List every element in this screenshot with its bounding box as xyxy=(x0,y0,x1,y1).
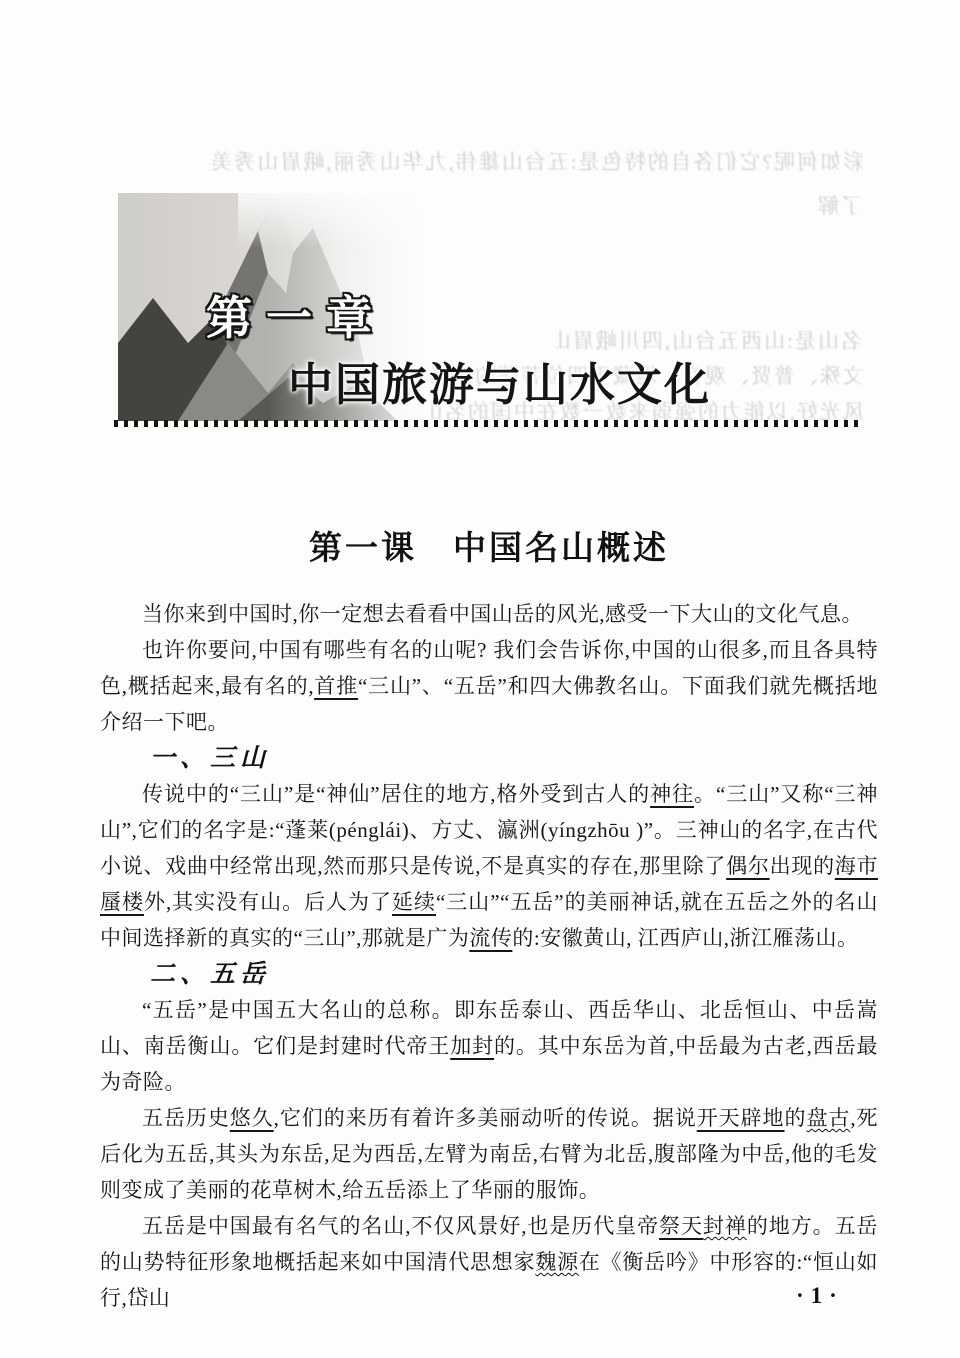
chapter-number: 第一章 xyxy=(206,282,386,348)
bleedthrough-text: 彩如何呢?它们各自的特色是:五台山雄伟,九华山秀丽,峨眉山秀美 xyxy=(128,146,864,176)
paragraph-wuyue-1: “五岳”是中国五大名山的总称。即东岳泰山、西岳华山、北岳恒山、中岳嵩山、南岳衡山… xyxy=(100,992,878,1100)
vocab-underlined: 延续 xyxy=(392,890,436,914)
text-run: 外,其实没有山。后人为了 xyxy=(144,890,392,914)
paragraph-sanshan: 传说中的“三山”是“神仙”居住的地方,格外受到古人的神往。“三山”又称“三神山”… xyxy=(100,776,878,956)
vocab-underlined: 祭天 xyxy=(659,1214,703,1238)
paragraph-intro-2: 也许你要问,中国有哪些有名的山呢? 我们会告诉你,中国的山很多,而且各具特色,概… xyxy=(100,632,878,740)
text-run: 当你来到中国时,你一定想去看看中国山岳的风光,感受一下大山的文化气息。 xyxy=(142,602,863,626)
paragraph-wuyue-2: 五岳历史悠久,它们的来历有着许多美丽动听的传说。据说开天辟地的盘古,死后化为五岳… xyxy=(100,1100,878,1208)
text-run: 五岳是中国最有名气的名山,不仅风景好,也是历代皇帝 xyxy=(142,1214,659,1238)
book-page: 彩如何呢?它们各自的特色是:五台山雄伟,九华山秀丽,峨眉山秀美 了解 名山是:山… xyxy=(0,0,960,1358)
vocab-underlined: 偶尔 xyxy=(726,854,769,878)
text-run: 传说中的“三山”是“神仙”居住的地方,格外受到古人的 xyxy=(142,782,650,806)
vocab-underlined: 悠久 xyxy=(230,1106,274,1130)
lesson-title: 第一课 中国名山概述 xyxy=(100,522,878,569)
paragraph-wuyue-3: 五岳是中国最有名气的名山,不仅风景好,也是历代皇帝祭天封禅的地方。五岳的山势特征… xyxy=(100,1208,878,1316)
vocab-underlined: 加封 xyxy=(450,1034,494,1058)
text-run: 的 xyxy=(785,1106,807,1130)
vocab-underlined: 神往 xyxy=(650,782,694,806)
vocab-underlined: 流传 xyxy=(469,926,512,950)
body-text: 当你来到中国时,你一定想去看看中国山岳的风光,感受一下大山的文化气息。 也许你要… xyxy=(100,596,878,1316)
text-run: 五岳历史 xyxy=(142,1106,230,1130)
page-number: ·1· xyxy=(796,1283,844,1309)
text-run: 的:安徽黄山, 江西庐山,浙江雁荡山。 xyxy=(512,926,858,950)
proper-noun-wavy: 封禅 xyxy=(703,1214,747,1238)
proper-noun-wavy: 盘古 xyxy=(806,1106,850,1130)
chapter-title: 中国旅游与山水文化 xyxy=(288,348,711,413)
text-run: ,它们的来历有着许多美丽动听的传说。据说 xyxy=(274,1106,697,1130)
vocab-underlined: 首推 xyxy=(314,674,358,698)
bleedthrough-text: 了解 xyxy=(770,190,862,220)
dotted-divider xyxy=(114,420,862,427)
text-run: 出现的 xyxy=(770,854,835,878)
proper-noun-wavy: 魏源 xyxy=(535,1250,579,1274)
vocab-underlined: 开天辟地 xyxy=(697,1106,785,1130)
section-heading-sanshan: 一、三山 xyxy=(100,740,878,776)
paragraph-intro-1: 当你来到中国时,你一定想去看看中国山岳的风光,感受一下大山的文化气息。 xyxy=(100,596,878,632)
section-heading-wuyue: 二、五岳 xyxy=(100,956,878,992)
